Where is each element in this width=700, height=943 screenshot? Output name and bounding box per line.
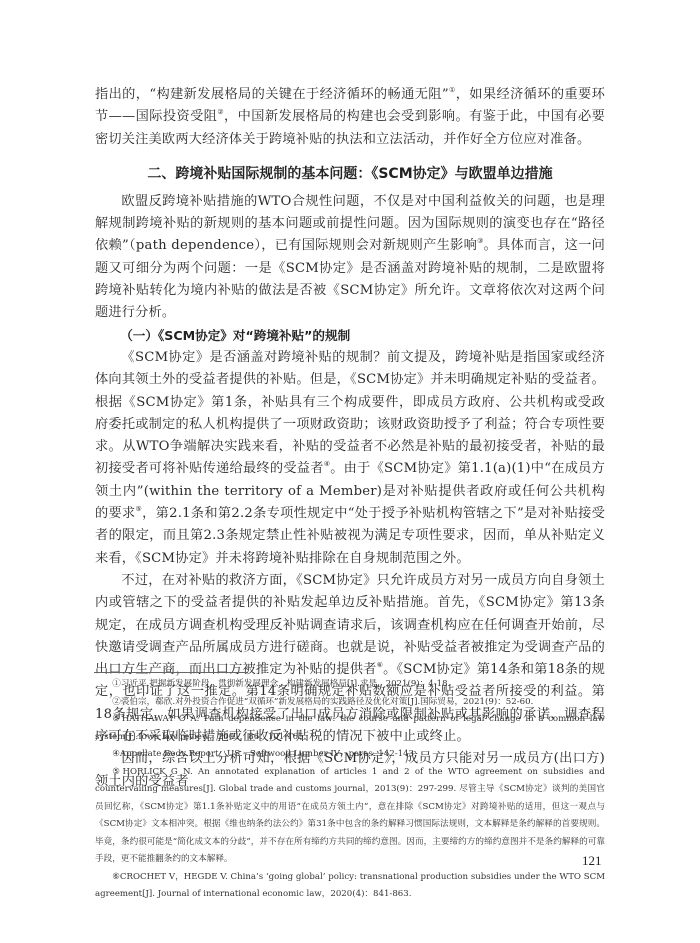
footnote-ref-2[interactable]: ② xyxy=(217,108,224,116)
footnote-1: ①习近平.把握新发展阶段，贯彻新发展理念，构建新发展格局[J].求是，2021(… xyxy=(95,676,605,694)
footnote-ref-1[interactable]: ① xyxy=(449,86,456,94)
paragraph-1: 欧盟反跨境补贴措施的WTO合规性问题，不仅是对中国利益攸关的问题，也是理解规制跨… xyxy=(95,191,605,325)
footnote-divider xyxy=(94,672,248,673)
footnote-5: ⑤HORLICK G N. An annotated explanation o… xyxy=(95,764,605,869)
footnote-6: ⑥CROCHET V，HEGDE V. China’s ‘going globa… xyxy=(95,869,605,904)
footnote-2: ②裘伯宗，郗欣.对外投资合作促进“双循环”新发展格局的实践路径及优化对策[J].… xyxy=(95,694,605,712)
subsection-heading: （一）《SCM协定》对“跨境补贴”的规制 xyxy=(95,325,605,347)
text: 《SCM协定》是否涵盖对跨境补贴的规制？前文提及，跨境补贴是指国家或经济体向其领… xyxy=(95,350,605,476)
footnote-4: ④Appellate Body Report，US – Softwood Lum… xyxy=(95,746,605,764)
paragraph-intro: 指出的，“构建新发展格局的关键在于经济循环的畅通无阻”①，如果经济循环的重要环节… xyxy=(95,84,605,151)
page-number: 121 xyxy=(582,853,602,869)
footnote-ref-3[interactable]: ③ xyxy=(477,237,484,245)
footnote-3: ③HATHAWAY O A. Path dependence in the la… xyxy=(95,711,605,746)
paragraph-2: 《SCM协定》是否涵盖对跨境补贴的规制？前文提及，跨境补贴是指国家或经济体向其领… xyxy=(95,347,605,570)
text: ，第2.1条和第2.2条专项性规定中“处于授予补贴机构管辖之下”是对补贴接受者的… xyxy=(95,506,605,566)
section-heading: 二、跨境补贴国际规制的基本问题：《SCM协定》与欧盟单边措施 xyxy=(95,163,605,185)
footnotes: ①习近平.把握新发展阶段，贯彻新发展理念，构建新发展格局[J].求是，2021(… xyxy=(95,676,605,904)
text: 指出的，“构建新发展格局的关键在于经济循环的畅通无阻” xyxy=(95,87,449,102)
